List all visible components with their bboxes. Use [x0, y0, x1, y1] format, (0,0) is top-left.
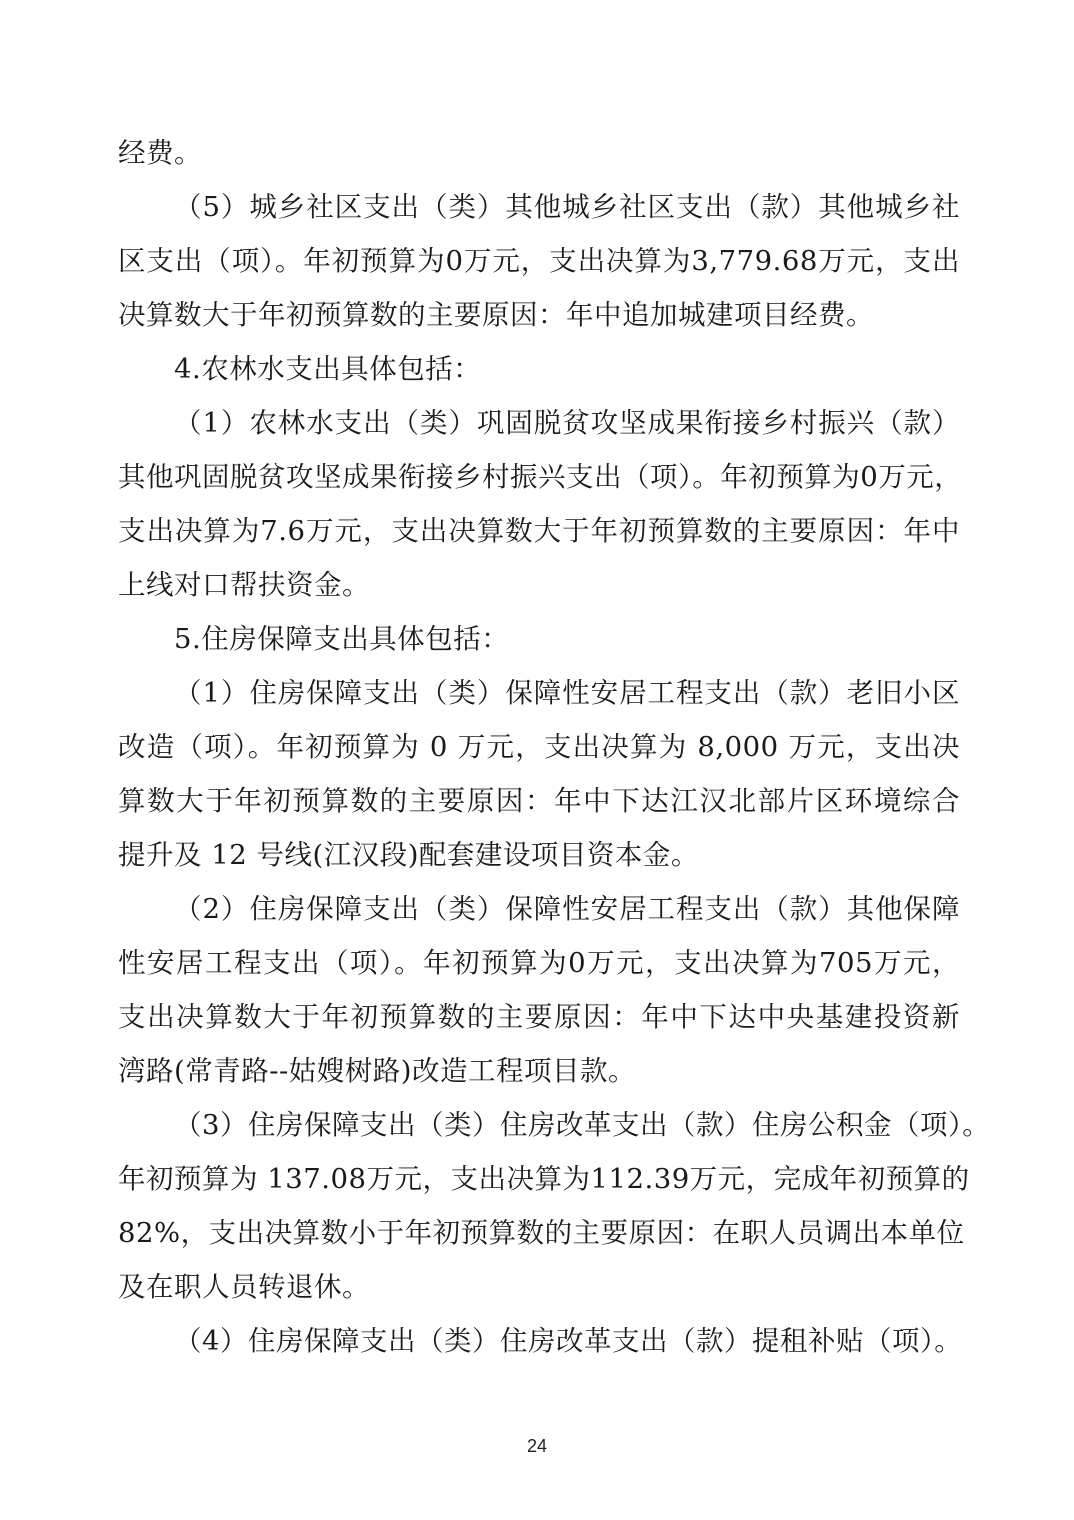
text-line: 上线对口帮扶资金。 [118, 558, 960, 612]
text-line: （1）农林水支出（类）巩固脱贫攻坚成果衔接乡村振兴（款） [118, 396, 960, 450]
text-line: 年初预算为 137.08万元，支出决算为112.39万元，完成年初预算的 [118, 1152, 960, 1206]
text-line: 算数大于年初预算数的主要原因：年中下达江汉北部片区环境综合 [118, 774, 960, 828]
text-line: （1）住房保障支出（类）保障性安居工程支出（款）老旧小区 [118, 666, 960, 720]
text-line: 湾路(常青路--姑嫂树路)改造工程项目款。 [118, 1044, 960, 1098]
text-line: 性安居工程支出（项）。年初预算为0万元，支出决算为705万元， [118, 936, 960, 990]
text-line: 经费。 [118, 126, 960, 180]
text-line: 提升及 12 号线(江汉段)配套建设项目资本金。 [118, 828, 960, 882]
text-line: （2）住房保障支出（类）保障性安居工程支出（款）其他保障 [118, 882, 960, 936]
text-line: 改造（项）。年初预算为 0 万元，支出决算为 8,000 万元，支出决 [118, 720, 960, 774]
section-heading: 4.农林水支出具体包括： [118, 342, 960, 396]
text-line: （5）城乡社区支出（类）其他城乡社区支出（款）其他城乡社 [118, 180, 960, 234]
page-number: 24 [0, 1436, 1074, 1457]
text-line: 支出决算为7.6万元，支出决算数大于年初预算数的主要原因：年中 [118, 504, 960, 558]
text-line: （4）住房保障支出（类）住房改革支出（款）提租补贴（项）。 [118, 1314, 960, 1368]
section-heading: 5.住房保障支出具体包括： [118, 612, 960, 666]
text-line: 82%，支出决算数小于年初预算数的主要原因：在职人员调出本单位 [118, 1206, 960, 1260]
text-line: （3）住房保障支出（类）住房改革支出（款）住房公积金（项）。 [118, 1098, 960, 1152]
document-page: 经费。 （5）城乡社区支出（类）其他城乡社区支出（款）其他城乡社 区支出（项）。… [0, 0, 1074, 1520]
text-line: 及在职人员转退休。 [118, 1260, 960, 1314]
text-line: 支出决算数大于年初预算数的主要原因：年中下达中央基建投资新 [118, 990, 960, 1044]
page-body: 经费。 （5）城乡社区支出（类）其他城乡社区支出（款）其他城乡社 区支出（项）。… [118, 126, 960, 1368]
text-line: 其他巩固脱贫攻坚成果衔接乡村振兴支出（项）。年初预算为0万元， [118, 450, 960, 504]
text-line: 区支出（项）。年初预算为0万元，支出决算为3,779.68万元，支出 [118, 234, 960, 288]
text-line: 决算数大于年初预算数的主要原因：年中追加城建项目经费。 [118, 288, 960, 342]
